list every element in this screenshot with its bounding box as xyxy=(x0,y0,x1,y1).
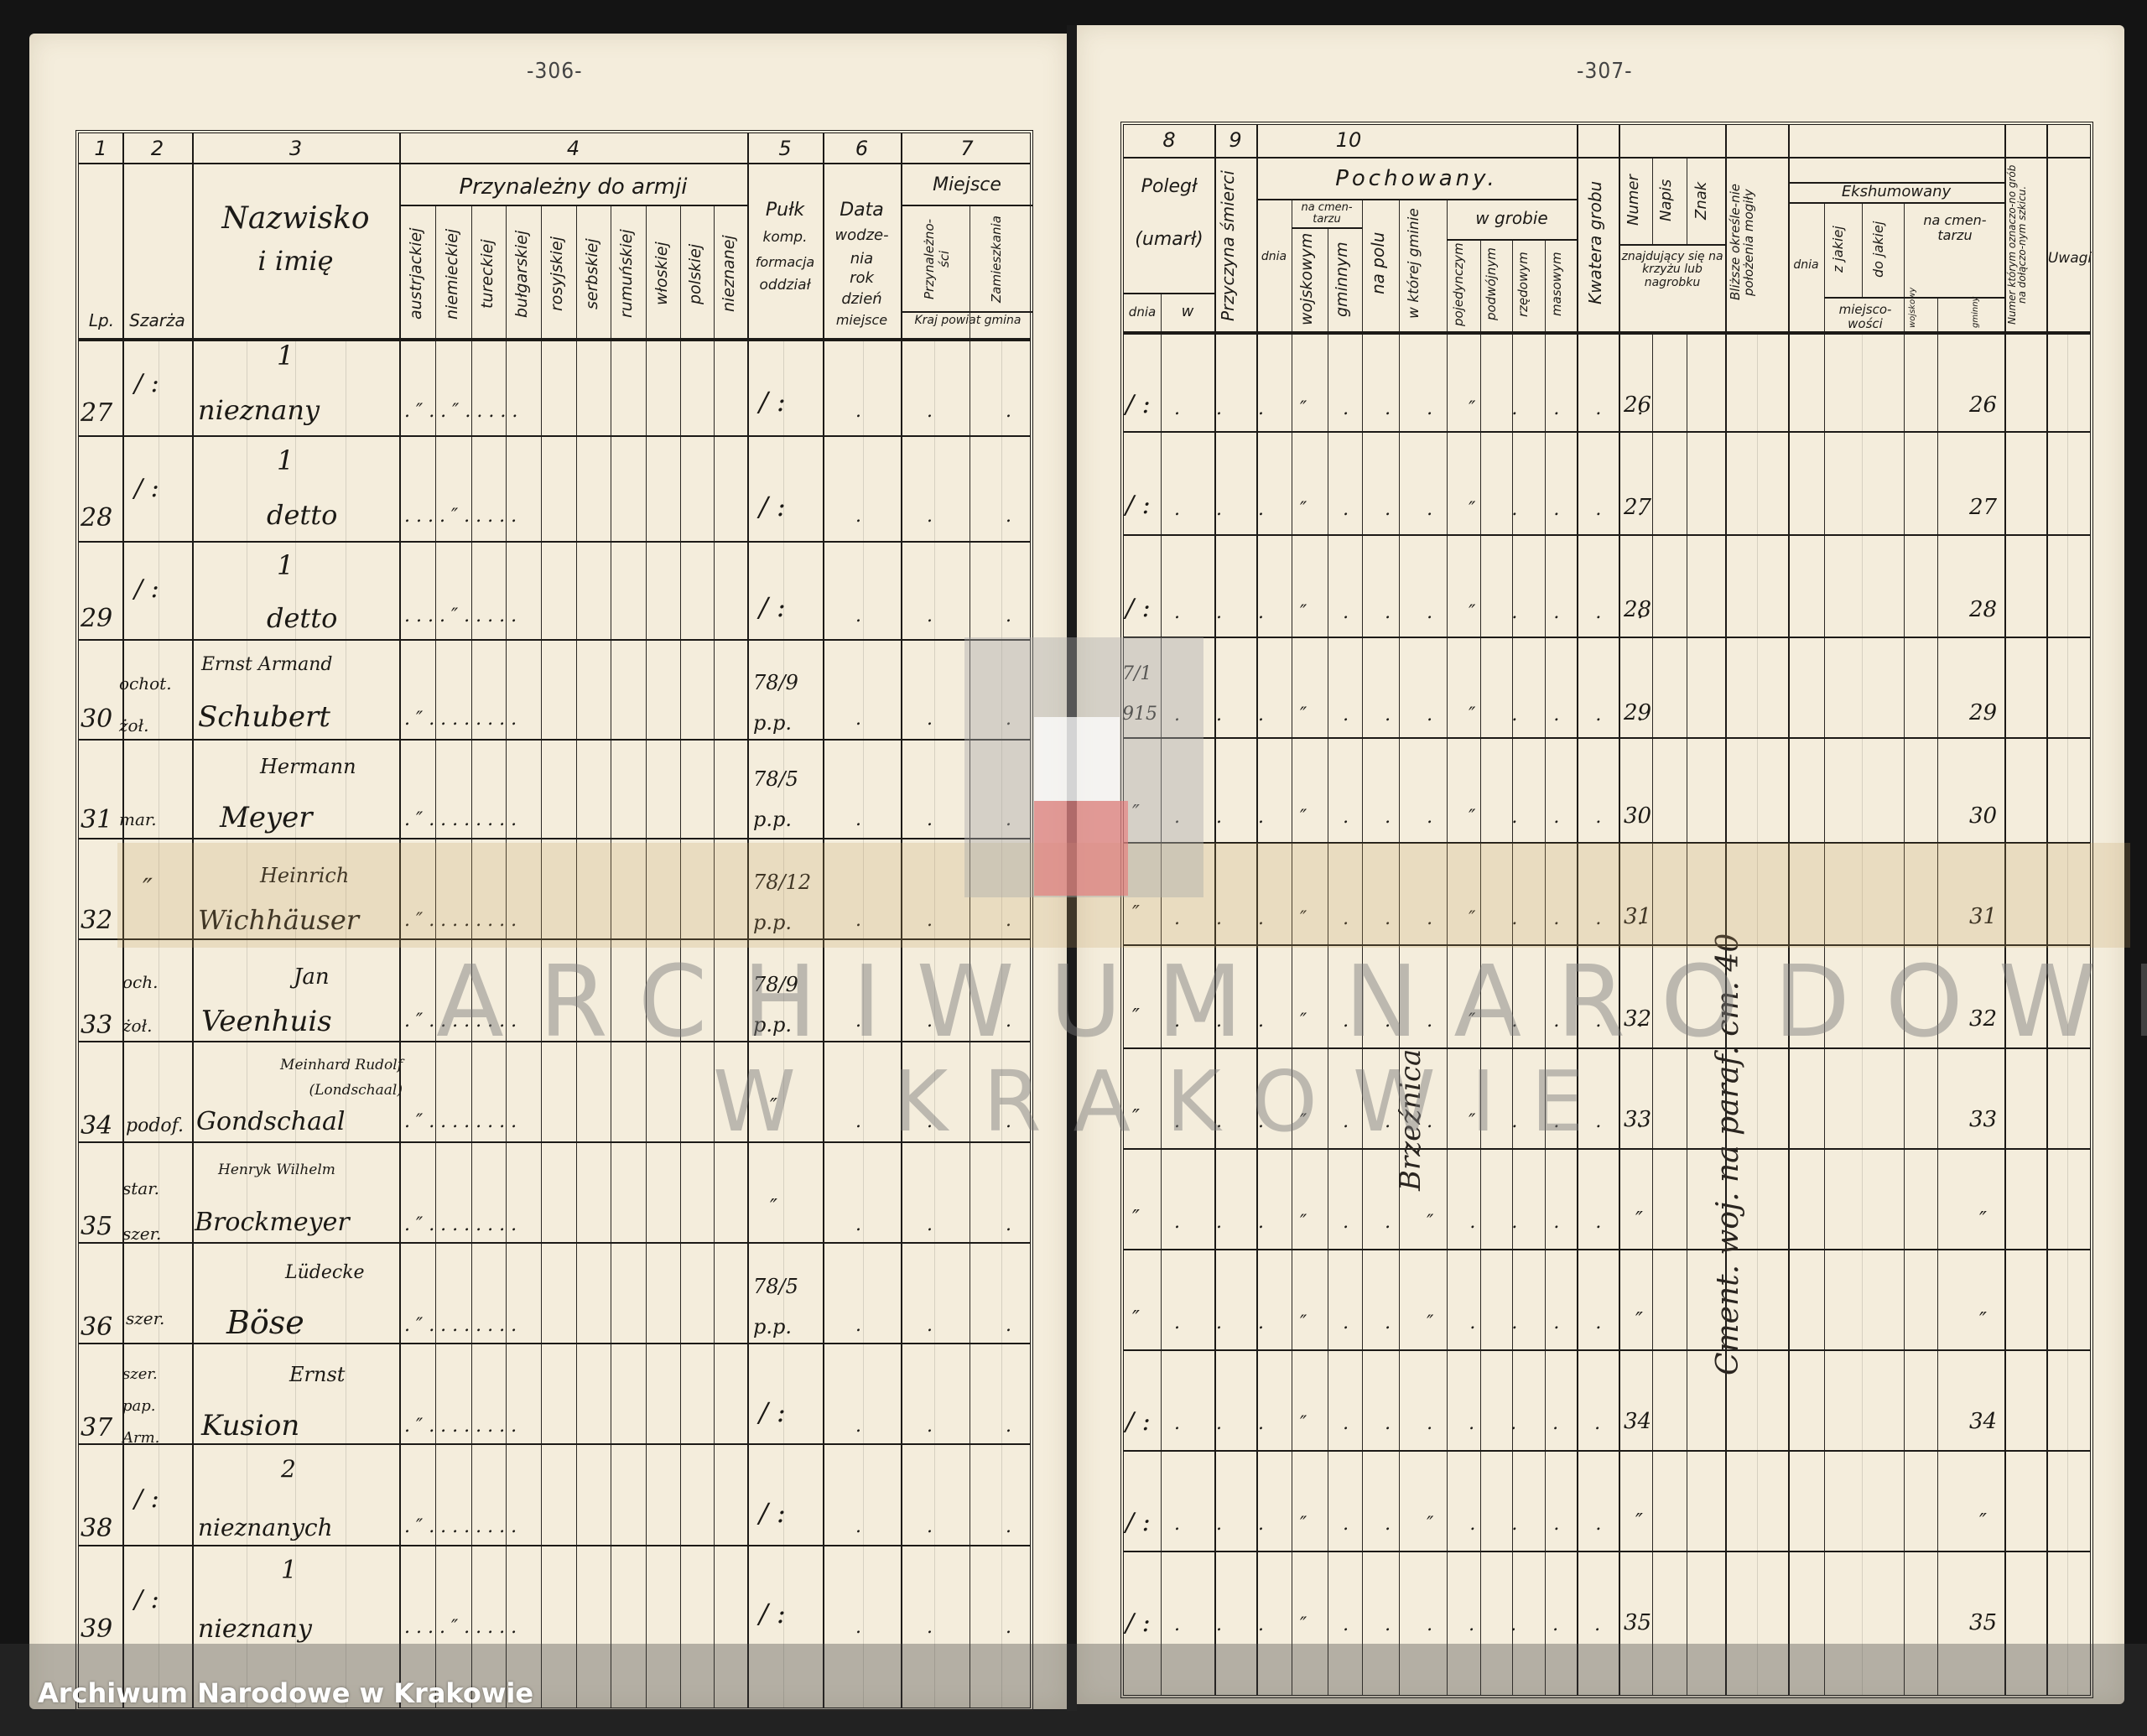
row-polegl: / : xyxy=(1125,1609,1151,1638)
row-polegl: / : xyxy=(1125,1407,1151,1437)
row-polegl: / : xyxy=(1125,1508,1151,1537)
header-do-jakiej: do jakiej xyxy=(1870,207,1895,291)
header-na-cmentarzu: na cmen-tarzu xyxy=(1292,202,1362,226)
header-army-austrian: austrjackiej xyxy=(407,217,429,330)
row-polegl: ″ xyxy=(1132,1206,1140,1229)
row-sketch-number: 30 xyxy=(1969,803,1997,829)
row-marks: . . . ″ . . ″ . . . . xyxy=(1174,1212,1616,1233)
row-first-name: 1 xyxy=(281,1556,297,1585)
row-rank: och. żoł. xyxy=(122,960,190,1047)
header-umarl: (umarł) xyxy=(1124,230,1214,250)
row-surname: Brockmeyer xyxy=(195,1208,350,1237)
row-surname: Gondschaal xyxy=(196,1107,345,1136)
row-surname: nieznany xyxy=(198,394,320,426)
row-regiment: ″ xyxy=(770,1195,777,1219)
header-army-italian: włoskiej xyxy=(652,217,674,330)
row-regiment: 78/9 p.p. xyxy=(753,663,812,743)
row-date-marks: . xyxy=(855,1214,861,1235)
header-lp: Lp. xyxy=(81,311,122,330)
row-army-marks: . ″ . . . . . . . . xyxy=(404,1416,517,1437)
col-num-6: 6 xyxy=(823,137,901,160)
header-ekshumowany: Ekshumowany xyxy=(1788,184,2004,200)
header-imie: i imię xyxy=(192,247,399,276)
header-rzedowym: rzędowym xyxy=(1515,242,1541,326)
watermark-archive-city: W KRAKOWIE xyxy=(713,1053,1619,1151)
row-rank: ochot. żoł. xyxy=(119,663,186,746)
header-miejsce: Miejsce xyxy=(901,175,1033,195)
header-znak: Znak xyxy=(1692,163,1718,238)
row-sketch-number: 28 xyxy=(1969,597,1997,622)
row-date-marks: . xyxy=(855,1315,861,1336)
watermark-red-block xyxy=(1034,801,1128,896)
row-sketch-number: 35 xyxy=(1969,1610,1997,1635)
col-num-2: 2 xyxy=(122,137,192,160)
row-place-marks: . . xyxy=(927,401,1045,422)
header-nazwisko: Nazwisko xyxy=(192,202,399,236)
row-marks: . . . ″ . . . . . . . xyxy=(1174,1614,1615,1635)
row-place-marks: . . xyxy=(927,1214,1045,1235)
watermark-white-block xyxy=(1034,717,1120,801)
row-grave-number: 27 xyxy=(1624,495,1651,520)
row-date-marks: . xyxy=(855,1617,861,1638)
row-rank: / : xyxy=(134,1484,159,1514)
row-polegl: / : xyxy=(1125,390,1151,419)
row-regiment: / : xyxy=(759,591,786,623)
row-lp: 27 xyxy=(81,398,112,428)
header-army-serbian: serbskiej xyxy=(583,217,605,330)
row-date-marks: . xyxy=(855,1416,861,1437)
row-first-name: Ernst xyxy=(289,1363,345,1386)
header-army-russian: rosyjskiej xyxy=(548,217,569,330)
header-pojedynczym: pojedynczym xyxy=(1451,242,1476,326)
row-lp: 31 xyxy=(81,805,112,834)
header-przynaleznosci: Przynależno-ści xyxy=(922,213,955,305)
row-place-marks: . . xyxy=(927,1617,1045,1638)
col-num-5: 5 xyxy=(747,137,823,160)
row-grave-number: 29 xyxy=(1624,700,1651,725)
header-w-grobie: w grobie xyxy=(1447,209,1577,227)
row-sketch-number: 29 xyxy=(1969,700,1997,725)
header-w-ktorej-gminie: w której gminie xyxy=(1406,205,1443,322)
col-num-9: 9 xyxy=(1214,128,1256,152)
row-army-marks: . ″ . . . . . . . . xyxy=(404,1315,517,1336)
page-number-right: -307- xyxy=(1577,59,1633,84)
row-sketch-number: 33 xyxy=(1969,1107,1997,1132)
row-surname: Veenhuis xyxy=(201,1005,332,1038)
row-first-name: Henryk Wilhelm xyxy=(218,1162,335,1178)
row-sketch-number: ″ xyxy=(1979,1510,1987,1533)
row-army-marks: . ″ . . . . . . . . xyxy=(404,809,517,830)
col-num-4: 4 xyxy=(399,137,747,160)
row-polegl: / : xyxy=(1125,594,1151,623)
row-marks: . . . ″ . . . ″ . . . . xyxy=(1174,499,1658,520)
header-napis: Napis xyxy=(1657,163,1682,238)
header-army-romanian: rumuńskiej xyxy=(617,217,639,330)
row-marks: . . . ″ . . ″ . . . . xyxy=(1174,1312,1616,1333)
row-surname: Böse xyxy=(226,1304,304,1341)
row-grave-number: 28 xyxy=(1624,597,1651,622)
row-surname: Kusion xyxy=(201,1409,299,1442)
header-eksh-dnia: dnia xyxy=(1788,259,1824,272)
row-grave-number: 30 xyxy=(1624,803,1651,829)
row-rank: / : xyxy=(134,474,159,503)
header-polegl-w: w xyxy=(1161,304,1214,320)
header-na-polu: na polu xyxy=(1368,205,1393,322)
row-lp: 29 xyxy=(81,604,112,633)
header-miejscowosci: miejsco-wości xyxy=(1828,303,1902,330)
row-first-name: Meinhard Rudolf (Londschaal) xyxy=(201,1053,403,1103)
row-surname: detto xyxy=(267,499,337,531)
row-surname: Schubert xyxy=(198,700,330,734)
header-numer: Numer xyxy=(1625,163,1650,238)
row-army-marks: . . . . ″ . . . . . xyxy=(404,506,517,527)
row-date-marks: . xyxy=(855,606,861,626)
header-szarza: Szarża xyxy=(122,311,192,330)
row-date-marks: . xyxy=(855,709,861,730)
row-surname: detto xyxy=(267,602,337,634)
row-first-name: Lüdecke xyxy=(285,1262,365,1283)
row-place-marks: . . xyxy=(927,1315,1045,1336)
row-army-marks: . . . . ″ . . . . . xyxy=(404,1617,517,1638)
header-znajdujacy: znajdujący się na krzyżu lub nagrobku xyxy=(1620,251,1724,289)
row-marks: . . . ″ . . . ″ . . . . xyxy=(1174,704,1658,725)
row-sketch-number: 34 xyxy=(1969,1409,1997,1434)
row-surname: Meyer xyxy=(220,801,313,834)
header-wojskowy: wojskowy xyxy=(1908,301,1933,328)
row-first-name: 1 xyxy=(277,340,294,372)
header-army-unknown: nieznanej xyxy=(720,217,741,330)
header-masowym: masowym xyxy=(1549,242,1574,326)
row-grave-number: 33 xyxy=(1624,1107,1651,1132)
row-regiment: / : xyxy=(759,1598,786,1629)
row-lp: 30 xyxy=(81,704,112,734)
row-date-marks: . xyxy=(855,401,861,422)
row-sketch-number: ″ xyxy=(1979,1308,1987,1332)
row-lp: 37 xyxy=(81,1413,112,1442)
header-blizsze: Bliższe określe-nie położenia mogiły xyxy=(1729,163,1783,322)
row-regiment: 78/5 p.p. xyxy=(753,1266,812,1347)
row-lp: 28 xyxy=(81,503,112,533)
header-gminnym: gminnym xyxy=(1333,232,1358,326)
header-polegl: Poległ xyxy=(1124,177,1214,197)
row-place-marks: . . xyxy=(927,1516,1045,1537)
row-sketch-number: 27 xyxy=(1969,495,1997,520)
row-lp: 38 xyxy=(81,1514,112,1543)
header-kwatera: Kwatera grobu xyxy=(1585,163,1614,322)
header-army-polish: polskiej xyxy=(686,217,708,330)
header-polegl-dnia: dnia xyxy=(1124,305,1161,320)
col-num-1: 1 xyxy=(79,137,122,160)
header-army-turkish: tureckiej xyxy=(478,217,500,330)
row-rank: szer. xyxy=(126,1308,164,1328)
row-regiment: / : xyxy=(759,1396,786,1428)
row-first-name: Ernst Armand xyxy=(201,654,333,675)
row-place-marks: . . xyxy=(927,506,1045,527)
row-first-name: 1 xyxy=(277,444,294,476)
row-marks: . . . ″ . . . ″ . . . . xyxy=(1174,602,1658,623)
header-przyczyna: Przyczyna śmierci xyxy=(1219,169,1253,324)
row-rank: mar. xyxy=(119,809,157,829)
row-lp: 36 xyxy=(81,1312,112,1342)
row-lp: 39 xyxy=(81,1614,112,1644)
row-date-marks: . xyxy=(855,1516,861,1537)
header-komp: komp. xyxy=(747,230,823,246)
row-polegl: ″ xyxy=(1132,1307,1140,1330)
header-z-jakiej: z jakiej xyxy=(1830,207,1855,291)
row-lp: 35 xyxy=(81,1212,112,1241)
row-grave-number: 35 xyxy=(1624,1610,1651,1635)
row-regiment: / : xyxy=(759,386,786,418)
row-regiment: 78/5 p.p. xyxy=(753,759,812,839)
row-grave-number: ″ xyxy=(1635,1308,1643,1332)
row-rank: podof. xyxy=(126,1115,184,1136)
col-num-8: 8 xyxy=(1124,128,1214,152)
header-numer-szkic: Numer którym oznaczo-no grób na dołączo-… xyxy=(2007,163,2044,326)
page-number-left: -306- xyxy=(527,59,583,84)
header-army-german: niemieckiej xyxy=(443,217,465,330)
row-first-name: 2 xyxy=(281,1455,296,1483)
row-surname: nieznany xyxy=(198,1614,312,1644)
row-army-marks: . ″ . . . . . . . . xyxy=(404,1516,517,1537)
header-wojskowym: wojskowym xyxy=(1297,232,1323,326)
row-rank: szer. pap. Arm. xyxy=(122,1359,190,1454)
header-na-cmentarzu-2: na cmen-tarzu xyxy=(1908,213,2002,242)
row-marks: . . . ″ . . . ″ . . . . xyxy=(1174,807,1658,828)
row-grave-number: 26 xyxy=(1624,392,1651,418)
row-place-marks: . . xyxy=(927,1416,1045,1437)
row-date-marks: . xyxy=(855,809,861,830)
row-sketch-number: 26 xyxy=(1969,392,1997,418)
header-nia: nia xyxy=(823,251,901,268)
row-regiment: / : xyxy=(759,1497,786,1529)
header-gminny: gminny xyxy=(1971,301,1996,328)
col-num-3: 3 xyxy=(192,137,399,160)
row-marks: . . . ″ . . ″ . . . . xyxy=(1174,1514,1616,1535)
row-army-marks: . ″ . . . . . . . . xyxy=(404,709,517,730)
row-sketch-number: ″ xyxy=(1979,1208,1987,1231)
row-rank: star. szer. xyxy=(122,1166,190,1256)
header-army-bulgarian: bułgarskiej xyxy=(512,217,534,330)
footer-watermark: Archiwum Narodowe w Krakowie xyxy=(38,1677,533,1709)
row-rank: / : xyxy=(134,574,159,604)
row-army-marks: . ″ . . . . . . . . xyxy=(404,1111,517,1132)
row-regiment: / : xyxy=(759,491,786,522)
header-army-group: Przynależny do armji xyxy=(399,175,747,200)
header-miejsce-urodz: miejsce xyxy=(823,313,901,328)
row-marks: . . . ″ . . . ″ . . . . xyxy=(1174,398,1658,419)
row-rank: / : xyxy=(134,369,159,398)
row-lp: 34 xyxy=(81,1111,112,1141)
header-formacja: formacja xyxy=(747,255,823,270)
watermark-archive-name: ARCHIWUM NARODOWE xyxy=(436,943,2147,1059)
header-dzien: dzień xyxy=(823,291,901,308)
row-grave-number: ″ xyxy=(1635,1208,1643,1231)
header-uwagi: Uwagi xyxy=(2046,251,2093,267)
row-grave-number: 34 xyxy=(1624,1409,1651,1434)
row-rank: / : xyxy=(134,1585,159,1614)
header-pochowany-dnia: dnia xyxy=(1256,251,1292,263)
header-pulk: Pułk xyxy=(747,200,823,221)
header-oddzial: oddział xyxy=(747,278,823,294)
row-army-marks: . . . . ″ . . . . . xyxy=(404,606,517,626)
row-polegl: / : xyxy=(1125,491,1151,520)
header-rok: rok xyxy=(823,270,901,287)
row-first-name: Hermann xyxy=(260,755,356,778)
row-army-marks: . ″ . . . . . . . . xyxy=(404,1214,517,1235)
row-first-name: Jan xyxy=(294,964,330,990)
header-zamieszkania: Zamieszkania xyxy=(989,213,1014,305)
row-grave-number: ″ xyxy=(1635,1510,1643,1533)
header-podwojnym: podwójnym xyxy=(1484,242,1509,326)
row-surname: nieznanych xyxy=(198,1514,333,1541)
row-lp: 33 xyxy=(81,1011,112,1040)
row-date-marks: . xyxy=(855,506,861,527)
header-data: Data xyxy=(823,200,901,221)
row-marks: . . . ″ . . . . . . . xyxy=(1174,1413,1615,1434)
row-first-name: 1 xyxy=(277,549,294,581)
header-pochowany: Pochowany. xyxy=(1256,167,1577,191)
header-kraj-powiat: Kraj powiat gmina xyxy=(909,314,1027,327)
header-wodze: wodze- xyxy=(823,227,901,244)
col-num-10: 10 xyxy=(1256,128,1441,152)
col-num-7: 7 xyxy=(901,137,1033,160)
row-lp: 32 xyxy=(81,906,112,935)
row-army-marks: . ″ . . ″ . . . . . xyxy=(404,401,517,422)
row-place-marks: . . xyxy=(927,606,1045,626)
